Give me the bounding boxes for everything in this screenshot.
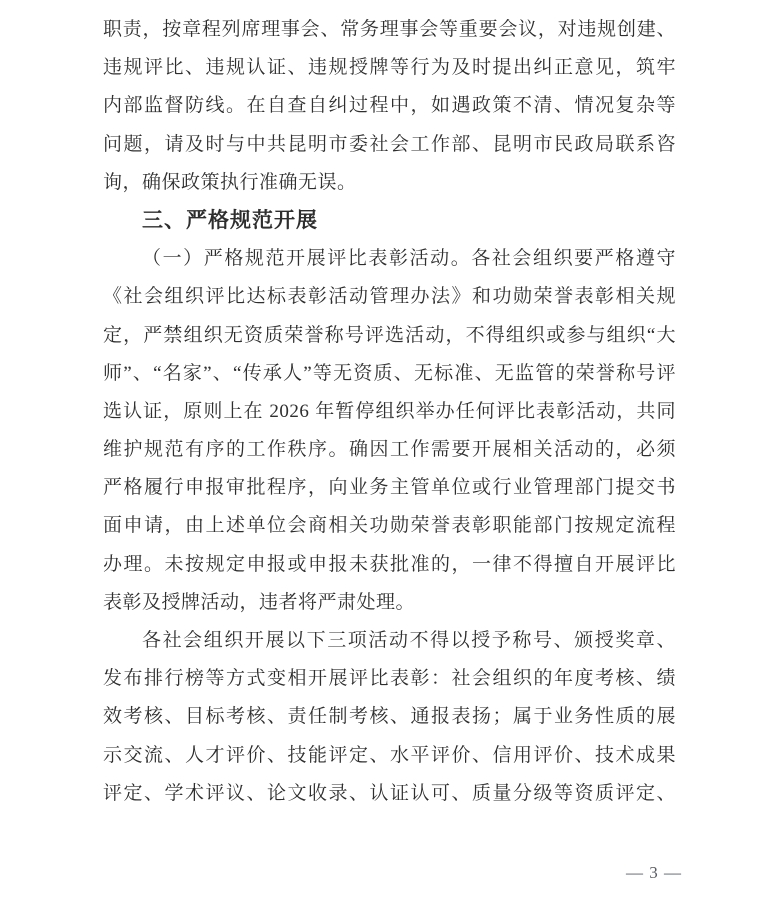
page-number: — 3 — bbox=[626, 858, 726, 888]
document-body: 职责，按章程列席理事会、常务理事会等重要会议，对违规创建、 违规评比、违规认证、… bbox=[103, 11, 676, 813]
document-line: 内部监督防线。在自查自纠过程中，如遇政策不清、情况复杂等 bbox=[103, 87, 676, 125]
document-line: 违规评比、违规认证、违规授牌等行为及时提出纠正意见，筑牢 bbox=[103, 49, 676, 87]
document-line: 表彰及授牌活动，违者将严肃处理。 bbox=[103, 584, 676, 622]
document-line: 效考核、目标考核、责任制考核、通报表扬；属于业务性质的展 bbox=[103, 698, 676, 736]
document-line: 办理。未按规定申报或申报未获批准的，一律不得擅自开展评比 bbox=[103, 546, 676, 584]
document-line: 选认证，原则上在 2026 年暂停组织举办任何评比表彰活动，共同 bbox=[103, 393, 676, 431]
document-line: 维护规范有序的工作秩序。确因工作需要开展相关活动的，必须 bbox=[103, 431, 676, 469]
document-page: 职责，按章程列席理事会、常务理事会等重要会议，对违规创建、 违规评比、违规认证、… bbox=[0, 0, 776, 901]
document-line: 三、严格规范开展 bbox=[103, 202, 676, 240]
document-line: 定，严禁组织无资质荣誉称号评选活动，不得组织或参与组织“大 bbox=[103, 317, 676, 355]
document-line: 发布排行榜等方式变相开展评比表彰：社会组织的年度考核、绩 bbox=[103, 660, 676, 698]
document-line: 严格履行申报审批程序，向业务主管单位或行业管理部门提交书 bbox=[103, 469, 676, 507]
document-line: 《社会组织评比达标表彰活动管理办法》和功勋荣誉表彰相关规 bbox=[103, 278, 676, 316]
document-line: 评定、学术评议、论文收录、认证认可、质量分级等资质评定、 bbox=[103, 775, 676, 813]
document-line: 职责，按章程列席理事会、常务理事会等重要会议，对违规创建、 bbox=[103, 11, 676, 49]
document-line: 面申请，由上述单位会商相关功勋荣誉表彰职能部门按规定流程 bbox=[103, 507, 676, 545]
document-line: 师”、“名家”、“传承人”等无资质、无标准、无监管的荣誉称号评 bbox=[103, 355, 676, 393]
document-line: 问题，请及时与中共昆明市委社会工作部、昆明市民政局联系咨 bbox=[103, 126, 676, 164]
document-line: 各社会组织开展以下三项活动不得以授予称号、颁授奖章、 bbox=[103, 622, 676, 660]
document-line: 示交流、人才评价、技能评定、水平评价、信用评价、技术成果 bbox=[103, 737, 676, 775]
document-line: （一）严格规范开展评比表彰活动。各社会组织要严格遵守 bbox=[103, 240, 676, 278]
document-line: 询，确保政策执行准确无误。 bbox=[103, 164, 676, 202]
